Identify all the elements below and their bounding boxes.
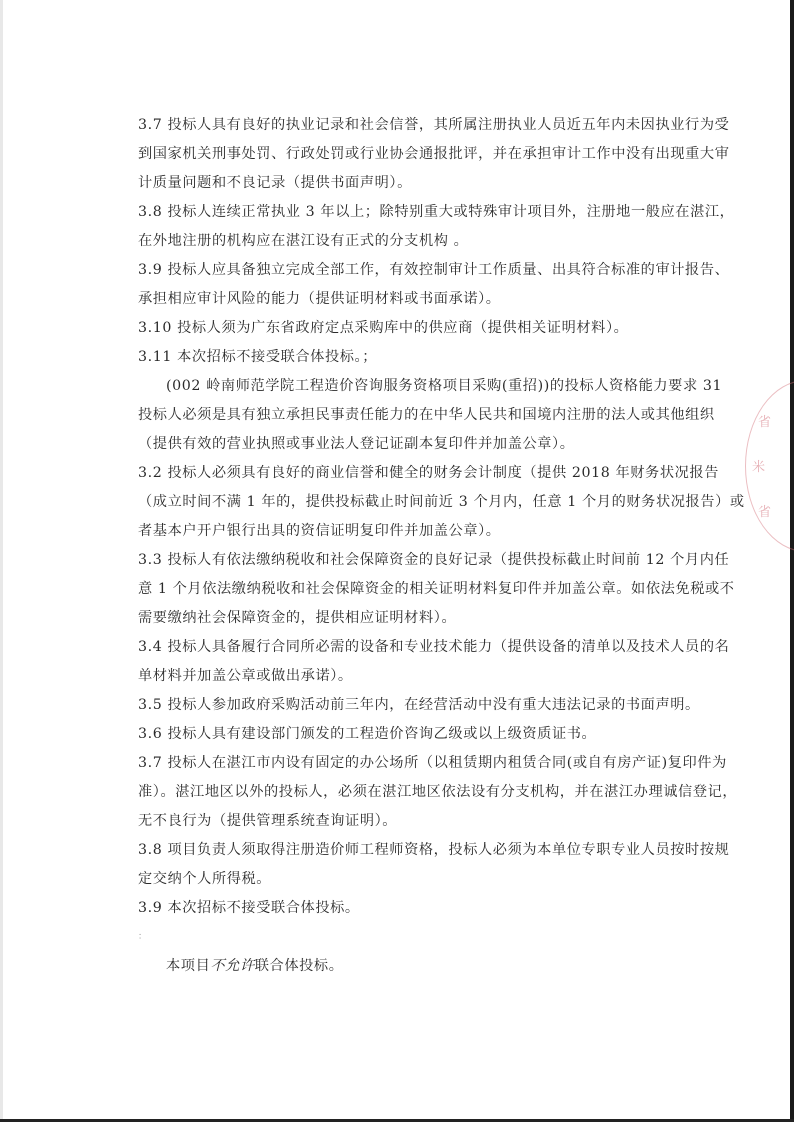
stamp-char: 省: [758, 501, 771, 520]
text-line: 在外地注册的机构应在湛江设有正式的分支机构 。: [138, 230, 678, 259]
text-line: 3.10 投标人须为广东省政府定点采购库中的供应商（提供相关证明材料）。: [138, 317, 678, 346]
text-line: 3.8 项目负责人须取得注册造价师工程师资格，投标人必须为本单位专职专业人员按时…: [138, 839, 678, 868]
text-line: 意 1 个月依法缴纳税收和社会保障资金的相关证明材料复印件并加盖公章。如依法免税…: [138, 578, 678, 607]
page-edge-right: [790, 0, 794, 1122]
text-line: 3.7 投标人在湛江市内设有固定的办公场所（以租赁期内租赁合同(或自有房产证)复…: [138, 752, 678, 781]
document-body: 3.7 投标人具有良好的执业记录和社会信誉，其所属注册执业人员近五年内未因执业行…: [138, 114, 678, 984]
text-line: 到国家机关刑事处罚、行政处罚或行业协会通报批评，并在承担审计工作中没有出现重大审: [138, 143, 678, 172]
text-line: 3.3 投标人有依法缴纳税收和社会保障资金的良好记录（提供投标截止时间前 12 …: [138, 549, 678, 578]
stamp-char: 省: [758, 411, 771, 430]
text-line: 需要缴纳社会保障资金的，提供相应证明材料）。: [138, 607, 678, 636]
text-line: 3.6 投标人具有建设部门颁发的工程造价咨询乙级或以上级资质证书。: [138, 723, 678, 752]
separator-mark: ：: [138, 926, 678, 955]
official-seal-stamp: 省 米 省: [745, 380, 794, 552]
text-line: 3.9 投标人应具备独立完成全部工作，有效控制审计工作质量、出具符合标准的审计报…: [138, 259, 678, 288]
text-line: 3.9 本次招标不接受联合体投标。: [138, 897, 678, 926]
text-line: 准）。湛江地区以外的投标人，必须在湛江地区依法设有分支机构，并在湛江办理诚信登记…: [138, 781, 678, 810]
text-line: 计质量问题和不良记录（提供书面声明）。: [138, 172, 678, 201]
text-line: 承担相应审计风险的能力（提供证明材料或书面承诺）。: [138, 288, 678, 317]
text-line: 单材料并加盖公章或做出承诺）。: [138, 665, 678, 694]
text-line: 3.5 投标人参加政府采购活动前三年内，在经营活动中没有重大违法记录的书面声明。: [138, 694, 678, 723]
text-line: 无不良行为（提供管理系统查询证明）。: [138, 810, 678, 839]
section-heading-line: (002 岭南师范学院工程造价咨询服务资格项目采购(重招))的投标人资格能力要求…: [138, 375, 678, 404]
final-statement: 本项目不允许联合体投标。: [138, 955, 678, 984]
text-line: 3.11 本次招标不接受联合体投标。；: [138, 346, 678, 375]
text-line: 3.4 投标人具备履行合同所必需的设备和专业技术能力（提供设备的清单以及技术人员…: [138, 636, 678, 665]
final-suffix: 联合体投标。: [255, 958, 344, 974]
final-prefix: 本项目: [166, 958, 210, 974]
text-line: （提供有效的营业执照或事业法人登记证副本复印件并加盖公章）。: [138, 433, 678, 462]
text-line: 3.2 投标人必须具有良好的商业信誉和健全的财务会计制度（提供 2018 年财务…: [138, 462, 678, 491]
stamp-char: 米: [752, 456, 765, 475]
text-line: （成立时间不满 1 年的，提供投标截止时间前近 3 个月内，任意 1 个月的财务…: [138, 491, 678, 520]
final-emphasis: 不允许: [210, 958, 254, 974]
text-line: 定交纳个人所得税。: [138, 868, 678, 897]
text-line: 者基本户开户银行出具的资信证明复印件并加盖公章）。: [138, 520, 678, 549]
page-edge-left: [0, 0, 3, 1122]
text-line: 3.7 投标人具有良好的执业记录和社会信誉，其所属注册执业人员近五年内未因执业行…: [138, 114, 678, 143]
text-line: 投标人必须是具有独立承担民事责任能力的在中华人民共和国境内注册的法人或其他组织: [138, 404, 678, 433]
text-line: 3.8 投标人连续正常执业 3 年以上；除特别重大或特殊审计项目外，注册地一般应…: [138, 201, 678, 230]
